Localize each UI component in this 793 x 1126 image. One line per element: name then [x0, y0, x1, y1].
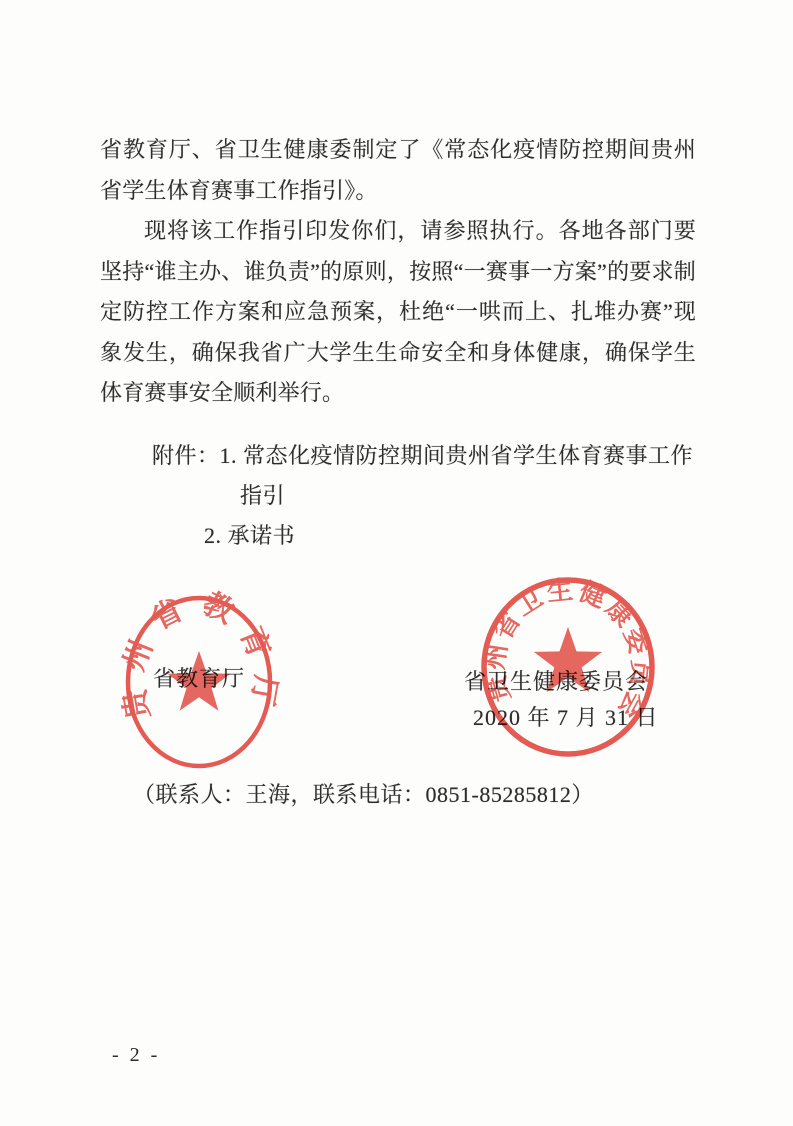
- attachment-1-number: 1.: [220, 443, 238, 468]
- health-commission-seal: 贵州省卫生健康委员会: [476, 570, 662, 766]
- paragraph-directive: 现将该工作指引印发你们，请参照执行。各地各部门要坚持“谁主办、谁负责”的原则，按…: [100, 211, 696, 414]
- contact-line: （联系人：王海，联系电话：0851-85285812）: [133, 778, 594, 809]
- seal-star-icon: [168, 651, 231, 711]
- education-department-seal: 贵州省教育厅: [118, 588, 284, 780]
- attachment-item-1: 附件：1. 常态化疫情防控期间贵州省学生体育赛事工作: [152, 436, 693, 476]
- attachments-label: 附件：: [152, 443, 220, 468]
- attachment-1-title-continuation: 指引: [152, 476, 693, 516]
- attachment-1-title: 常态化疫情防控期间贵州省学生体育赛事工作: [243, 443, 693, 468]
- page-number: - 2 -: [112, 1044, 160, 1067]
- body-paragraphs: 省教育厅、省卫生健康委制定了《常态化疫情防控期间贵州省学生体育赛事工作指引》。 …: [100, 130, 696, 414]
- attachments-block: 附件：1. 常态化疫情防控期间贵州省学生体育赛事工作 指引 2. 承诺书: [152, 436, 693, 556]
- document-page: 省教育厅、省卫生健康委制定了《常态化疫情防控期间贵州省学生体育赛事工作指引》。 …: [0, 0, 793, 1126]
- seal-star-icon: [534, 627, 602, 692]
- attachment-item-2: 2. 承诺书: [152, 516, 693, 556]
- attachment-2-number: 2.: [204, 523, 222, 548]
- attachment-2-title: 承诺书: [228, 523, 296, 548]
- paragraph-continuation: 省教育厅、省卫生健康委制定了《常态化疫情防控期间贵州省学生体育赛事工作指引》。: [100, 130, 696, 211]
